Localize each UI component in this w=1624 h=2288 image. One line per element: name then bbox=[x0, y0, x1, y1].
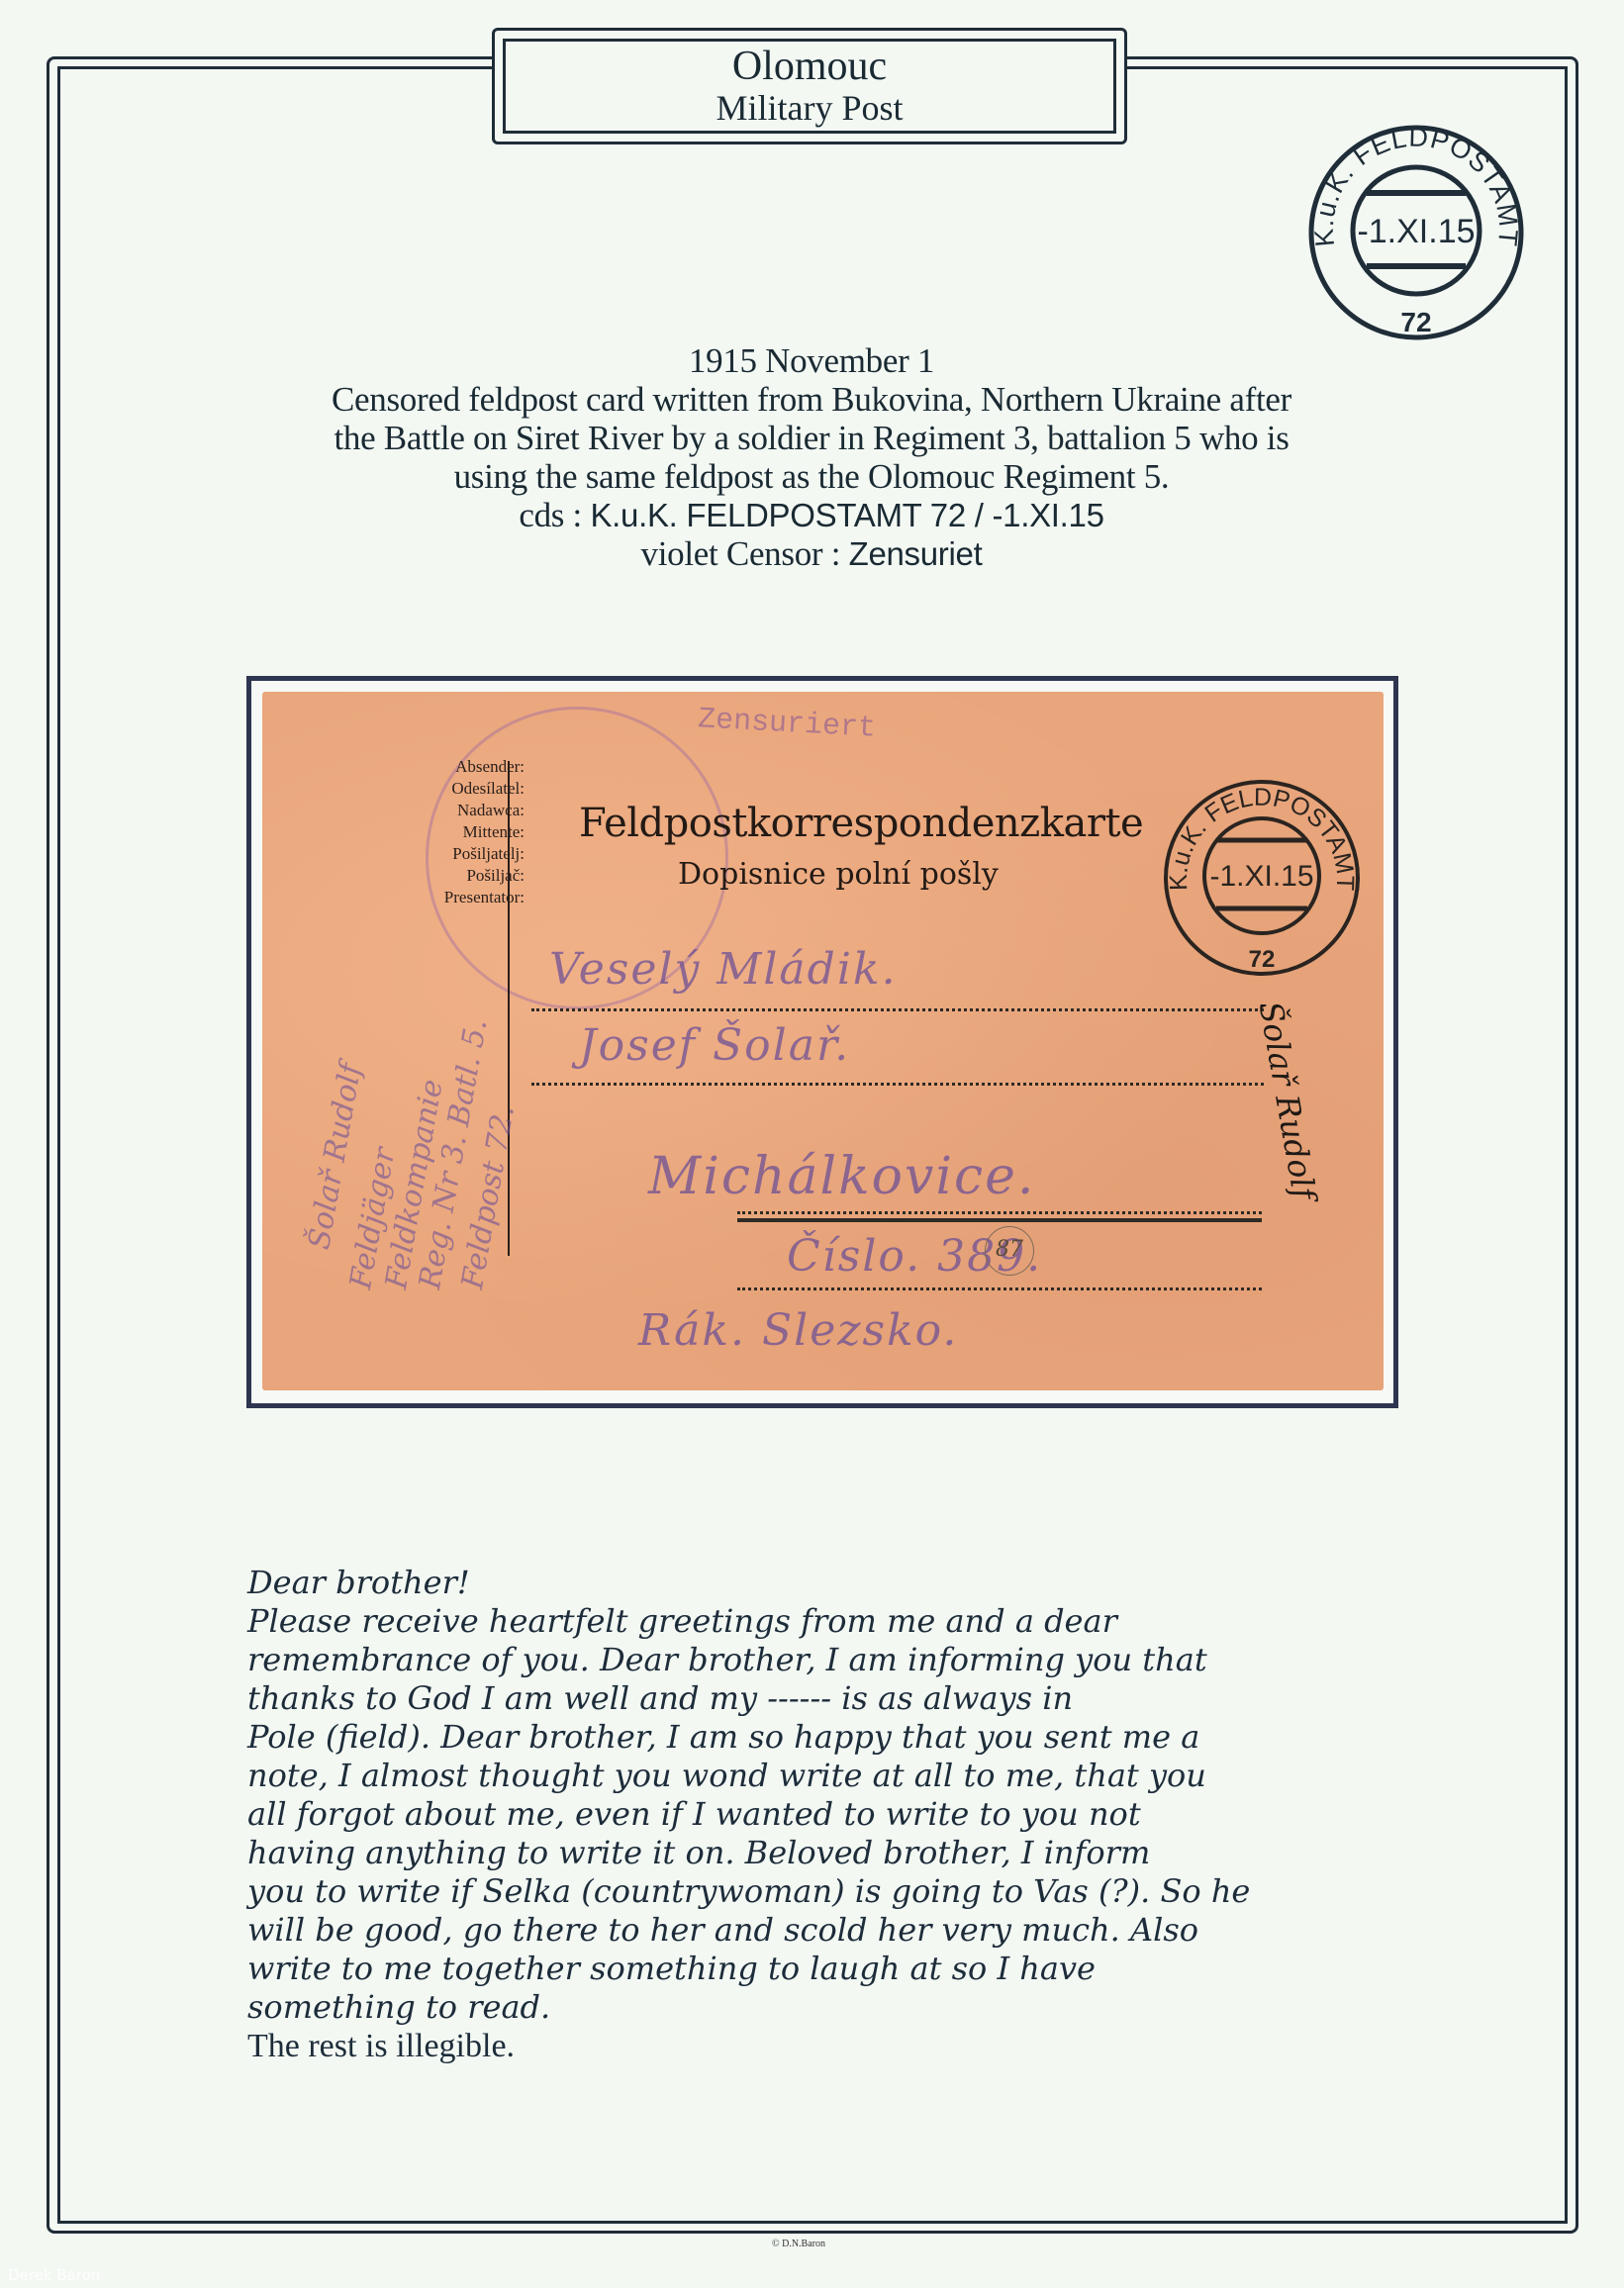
watermark: Derek Baron bbox=[8, 2266, 100, 2284]
sender-label: Mittente: bbox=[366, 821, 525, 843]
letter-transcription: Dear brother! Please receive heartfelt g… bbox=[247, 1564, 1395, 2065]
letter-line: something to read. bbox=[247, 1988, 1395, 2027]
letter-line: Pole (field). Dear brother, I am so happ… bbox=[247, 1718, 1395, 1757]
letter-line: Please receive heartfelt greetings from … bbox=[247, 1602, 1395, 1641]
censor-mark: Zensuriert bbox=[697, 703, 877, 745]
address-handwriting: Michálkovice. bbox=[648, 1147, 1035, 1206]
description-line: the Battle on Siret River by a soldier i… bbox=[247, 419, 1376, 457]
address-line bbox=[737, 1287, 1262, 1290]
signature: Šolař Rudolf bbox=[1252, 999, 1324, 1202]
description-line: Censored feldpost card written from Buko… bbox=[247, 380, 1376, 419]
address-line bbox=[737, 1211, 1262, 1214]
letter-line: thanks to God I am well and my ------ is… bbox=[247, 1679, 1395, 1718]
svg-text:-1.XI.15: -1.XI.15 bbox=[1357, 213, 1475, 250]
svg-text:72: 72 bbox=[1400, 307, 1431, 337]
address-line bbox=[531, 1083, 1264, 1086]
sender-label: Absender: bbox=[366, 756, 525, 778]
sender-label: Presentator: bbox=[366, 887, 525, 908]
svg-text:72: 72 bbox=[1249, 946, 1276, 973]
description: 1915 November 1 Censored feldpost card w… bbox=[247, 341, 1376, 573]
cds-label: cds : bbox=[519, 496, 590, 534]
censor-value: Zensuriet bbox=[849, 535, 983, 572]
card-postmark-icon: K.u.K. FELDPOSTAMT -1.XI.15 72 bbox=[1153, 769, 1371, 987]
description-date: 1915 November 1 bbox=[247, 341, 1376, 380]
letter-line: note, I almost thought you wond write at… bbox=[247, 1757, 1395, 1795]
copyright: © D.N.Baron bbox=[772, 2239, 825, 2249]
card-title: Feldpostkorrespondenzkarte bbox=[579, 801, 1143, 846]
sender-label: Pošiljatelj: bbox=[366, 843, 525, 865]
letter-line: Dear brother! bbox=[247, 1564, 1395, 1602]
address-line bbox=[531, 1008, 1264, 1011]
card-subtitle: Dopisnice polní pošly bbox=[678, 857, 999, 892]
letter-line: write to me together something to laugh … bbox=[247, 1950, 1395, 1988]
cds-line: cds : K.u.K. FELDPOSTAMT 72 / -1.XI.15 bbox=[247, 496, 1376, 534]
svg-text:-1.XI.15: -1.XI.15 bbox=[1209, 860, 1313, 893]
feldpost-card: Zensuriert Absender: Odesílatel: Nadawca… bbox=[262, 692, 1384, 1390]
censor-label: violet Censor : bbox=[641, 534, 849, 573]
pencil-note: 87 bbox=[985, 1226, 1034, 1276]
letter-line: will be good, go there to her and scold … bbox=[247, 1911, 1395, 1950]
description-line: using the same feldpost as the Olomouc R… bbox=[247, 457, 1376, 496]
address-handwriting: Rák. Slezsko. bbox=[638, 1305, 958, 1356]
page-subtitle: Military Post bbox=[716, 88, 903, 128]
letter-line: you to write if Selka (countrywoman) is … bbox=[247, 1872, 1395, 1911]
sender-labels: Absender: Odesílatel: Nadawca: Mittente:… bbox=[366, 756, 525, 908]
sender-label: Nadawca: bbox=[366, 800, 525, 821]
title-box: Olomouc Military Post bbox=[492, 28, 1127, 144]
page-title: Olomouc bbox=[732, 45, 887, 88]
cds-value: K.u.K. FELDPOSTAMT 72 / -1.XI.15 bbox=[590, 497, 1103, 533]
address-handwriting: Veselý Mládik. bbox=[549, 944, 898, 995]
letter-line: remembrance of you. Dear brother, I am i… bbox=[247, 1641, 1395, 1679]
letter-line: having anything to write it on. Beloved … bbox=[247, 1834, 1395, 1872]
letter-line: all forgot about me, even if I wanted to… bbox=[247, 1795, 1395, 1834]
sender-label: Pošiljač: bbox=[366, 865, 525, 887]
address-handwriting: Josef Šolař. bbox=[579, 1020, 850, 1071]
censor-line: violet Censor : Zensuriet bbox=[247, 534, 1376, 573]
sender-label: Odesílatel: bbox=[366, 778, 525, 800]
feldpostamt-postmark-icon: K.u.K. FELDPOSTAMT -1.XI.15 72 bbox=[1297, 114, 1535, 351]
address-line bbox=[737, 1218, 1262, 1222]
letter-closing: The rest is illegible. bbox=[247, 2027, 1395, 2065]
